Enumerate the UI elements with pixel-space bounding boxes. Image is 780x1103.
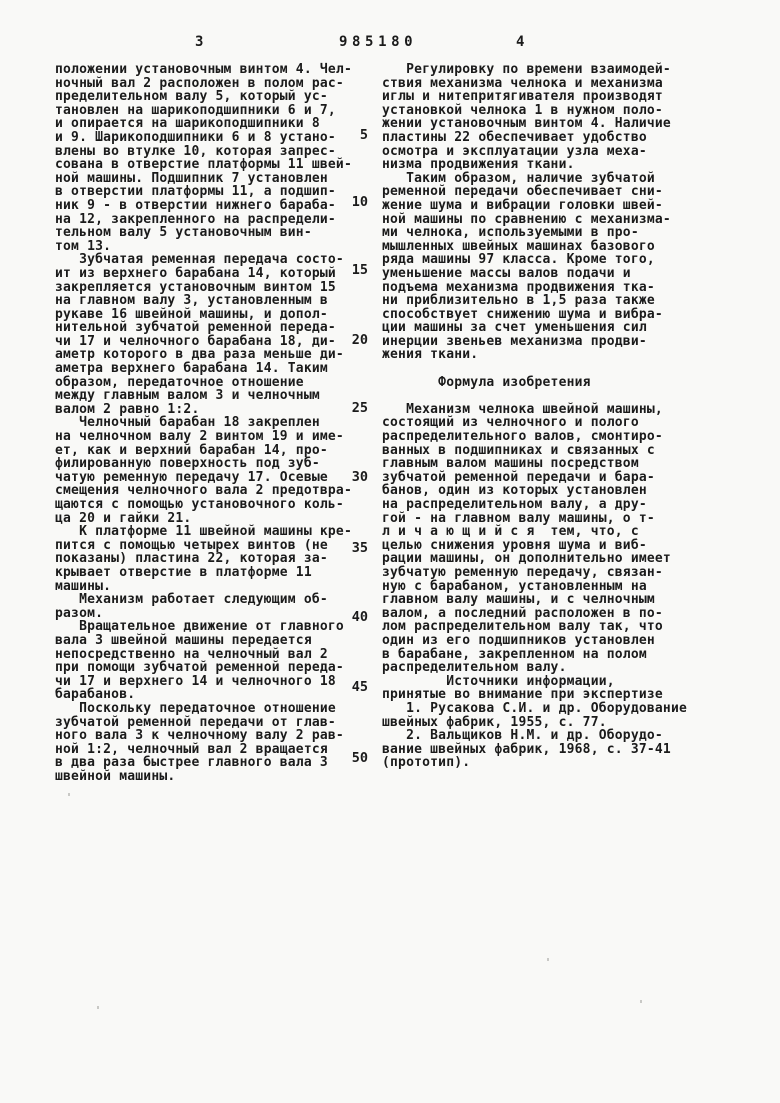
left-column-page-number: 3 [195, 35, 203, 50]
right-column-text: Регулировку по времени взаимодей- ствия … [382, 63, 687, 770]
right-column-page-number: 4 [516, 35, 524, 50]
scan-speck [97, 1006, 99, 1009]
left-column-text: положении установочным винтом 4. Чел- но… [55, 63, 352, 783]
scan-speck [547, 958, 549, 961]
scan-speck [68, 793, 70, 796]
patent-document-page: 3 985180 4 5101520253035404550 положении… [0, 0, 780, 1103]
scan-speck [640, 1000, 642, 1003]
patent-number: 985180 [339, 35, 417, 50]
